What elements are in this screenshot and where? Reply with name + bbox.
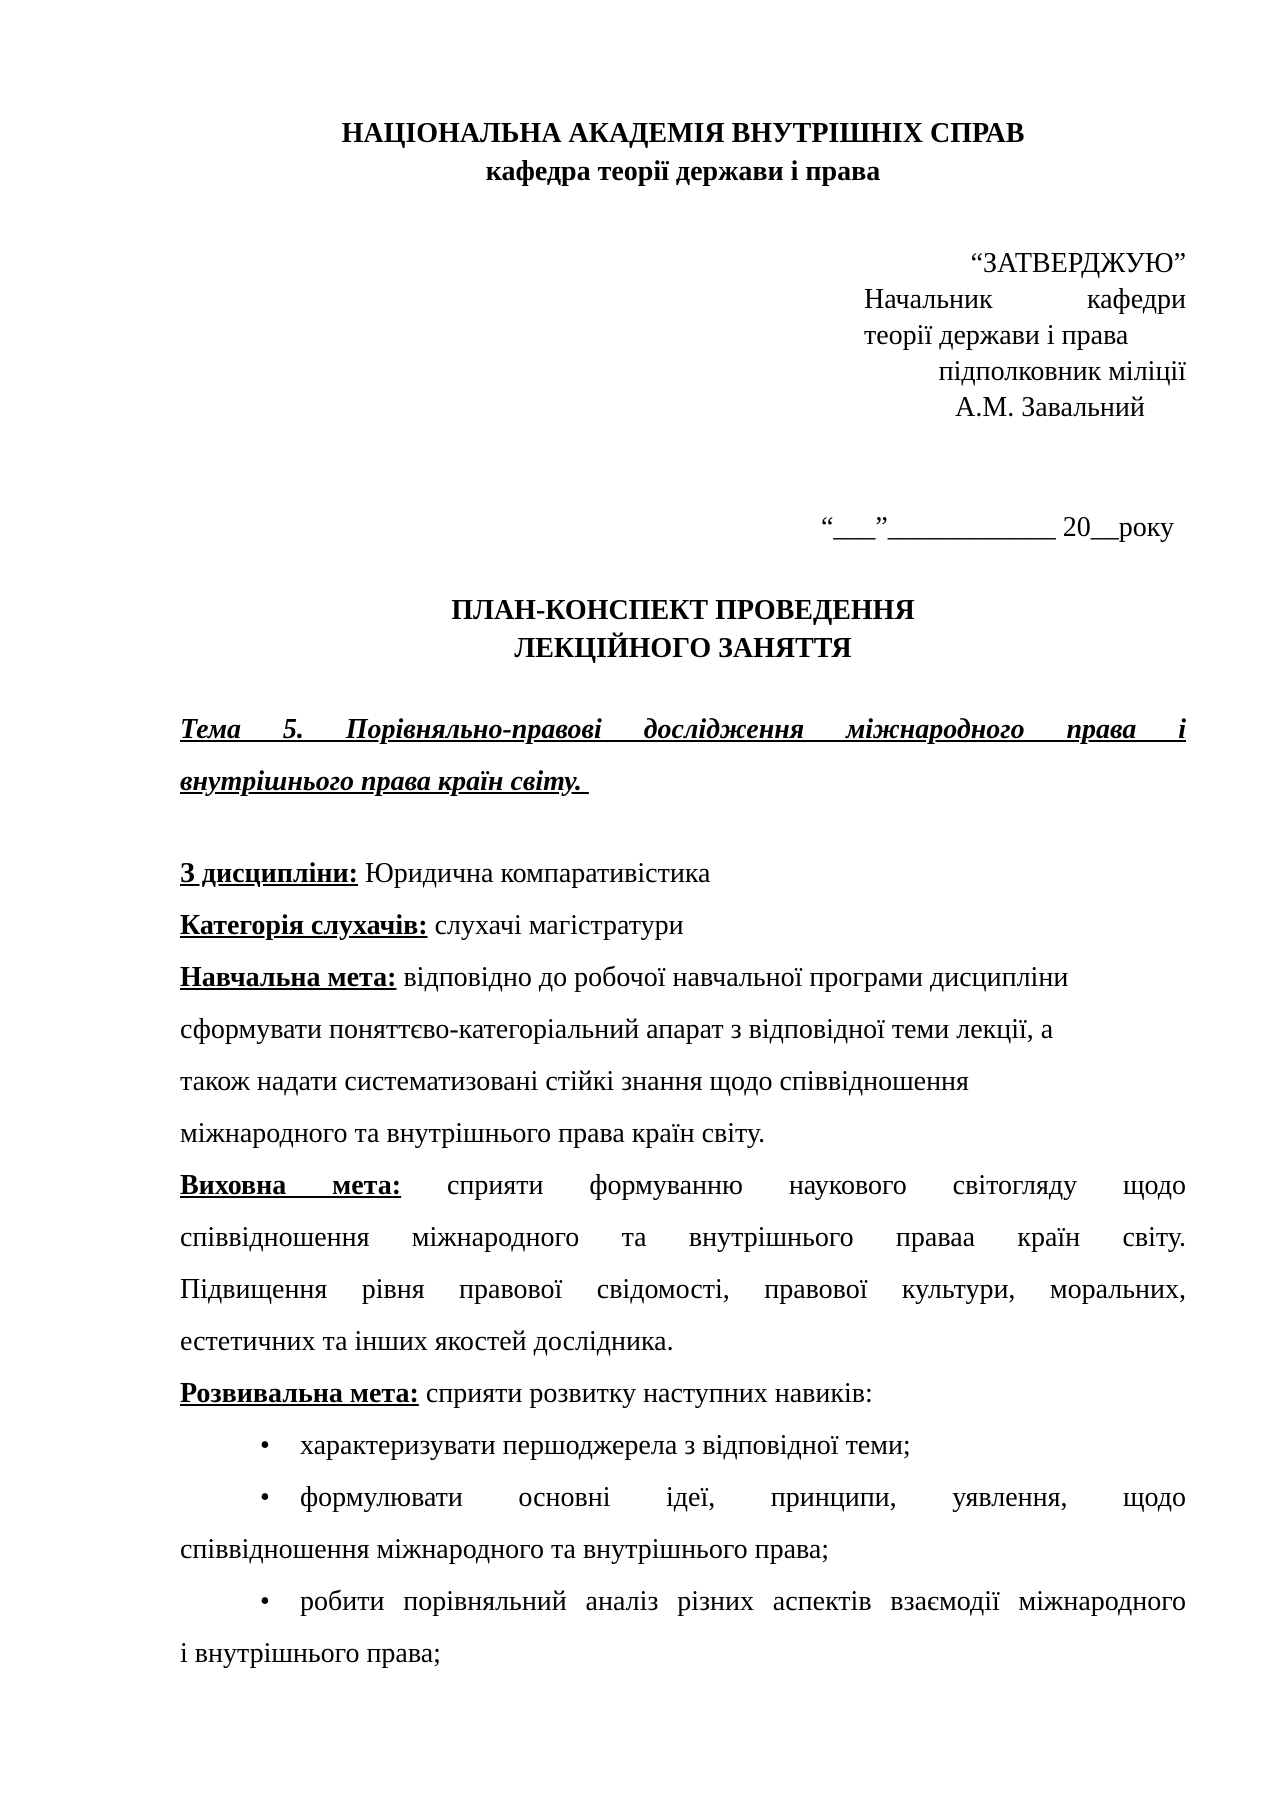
topic-line2-text: внутрішнього права країн світу. — [180, 766, 589, 797]
skill-bullet-1-text: характеризувати першоджерела з відповідн… — [300, 1430, 911, 1461]
skill-bullet-3-text1: робити порівняльний аналіз різних аспект… — [300, 1586, 1186, 1617]
upbringing-goal-label: Виховна мета: — [180, 1170, 401, 1201]
category-line: Категорія слухачів: слухачі магістратури — [180, 900, 1186, 952]
skill-bullet-3-line1: •робити порівняльний аналіз різних аспек… — [180, 1576, 1186, 1628]
educational-goal-line1: Навчальна мета: відповідно до робочої на… — [180, 952, 1186, 1004]
approval-block: “ЗАТВЕРДЖУЮ” Начальник кафедри теорії де… — [864, 246, 1186, 426]
approval-stamp-word: “ЗАТВЕРДЖУЮ” — [864, 246, 1186, 282]
skill-bullet-2-line1: •формулювати основні ідеї, принципи, уяв… — [180, 1472, 1186, 1524]
discipline-line: З дисципліни: Юридична компаративістика — [180, 848, 1186, 900]
topic-line1: Тема 5. Порівняльно-правові дослідження … — [180, 704, 1186, 756]
plan-heading-line1: ПЛАН-КОНСПЕКТ ПРОВЕДЕННЯ — [180, 592, 1186, 630]
topic-paragraph: Тема 5. Порівняльно-правові дослідження … — [180, 704, 1186, 808]
discipline-label: З дисципліни: — [180, 858, 358, 889]
approval-department: теорії держави і права — [864, 318, 1186, 354]
department-subtitle: кафедра теорії держави і права — [180, 153, 1186, 191]
skill-bullet-3-line2: і внутрішнього права; — [180, 1628, 1186, 1680]
academy-title: НАЦІОНАЛЬНА АКАДЕМІЯ ВНУТРІШНІХ СПРАВ — [180, 115, 1186, 153]
upbringing-goal-line2: співвідношення міжнародного та внутрішнь… — [180, 1212, 1186, 1264]
bullet-icon: • — [260, 1420, 300, 1472]
document-body: З дисципліни: Юридична компаративістика … — [180, 848, 1186, 1680]
approval-position-left: Начальник — [864, 282, 993, 318]
category-label: Категорія слухачів: — [180, 910, 428, 941]
document-page: НАЦІОНАЛЬНА АКАДЕМІЯ ВНУТРІШНІХ СПРАВ ка… — [0, 115, 1280, 1680]
upbringing-goal-line3: Підвищення рівня правової свідомості, пр… — [180, 1264, 1186, 1316]
topic-line2: внутрішнього права країн світу. — [180, 756, 1186, 808]
developmental-goal-label: Розвивальна мета: — [180, 1378, 419, 1409]
plan-heading: ПЛАН-КОНСПЕКТ ПРОВЕДЕННЯ ЛЕКЦІЙНОГО ЗАНЯ… — [180, 592, 1186, 668]
educational-goal-line3: також надати систематизовані стійкі знан… — [180, 1056, 1186, 1108]
approval-rank: підполковник міліції — [864, 354, 1186, 390]
educational-goal-label: Навчальна мета: — [180, 962, 396, 993]
educational-goal-line2: сформувати поняттєво-категоріальний апар… — [180, 1004, 1186, 1056]
upbringing-goal-text1: сприяти формуванню наукового світогляду … — [447, 1170, 1186, 1201]
approval-position-right: кафедри — [1087, 282, 1186, 318]
topic-line1-text: Тема 5. Порівняльно-правові дослідження … — [180, 714, 1186, 745]
category-value: слухачі магістратури — [435, 910, 684, 941]
developmental-goal-line: Розвивальна мета: сприяти розвитку насту… — [180, 1368, 1186, 1420]
document-header: НАЦІОНАЛЬНА АКАДЕМІЯ ВНУТРІШНІХ СПРАВ ка… — [180, 115, 1186, 191]
bullet-icon: • — [260, 1472, 300, 1524]
upbringing-goal-line4: естетичних та інших якостей дослідника. — [180, 1316, 1186, 1368]
approval-name: А.М. Завальний — [864, 390, 1186, 426]
upbringing-goal-line1: Виховна мета: сприяти формуванню науково… — [180, 1160, 1186, 1212]
discipline-value: Юридична компаративістика — [365, 858, 710, 889]
developmental-goal-text: сприяти розвитку наступних навиків: — [426, 1378, 873, 1409]
plan-heading-line2: ЛЕКЦІЙНОГО ЗАНЯТТЯ — [180, 630, 1186, 668]
approval-position-line: Начальник кафедри — [864, 282, 1186, 318]
skill-bullet-1: •характеризувати першоджерела з відповід… — [180, 1420, 1186, 1472]
approval-date-line: “___”____________ 20__року — [180, 510, 1186, 546]
bullet-icon: • — [260, 1576, 300, 1628]
skill-bullet-2-line2: співвідношення міжнародного та внутрішнь… — [180, 1524, 1186, 1576]
skill-bullet-2-text1: формулювати основні ідеї, принципи, уявл… — [300, 1482, 1186, 1513]
educational-goal-text1: відповідно до робочої навчальної програм… — [403, 962, 1068, 993]
educational-goal-line4: міжнародного та внутрішнього права країн… — [180, 1108, 1186, 1160]
